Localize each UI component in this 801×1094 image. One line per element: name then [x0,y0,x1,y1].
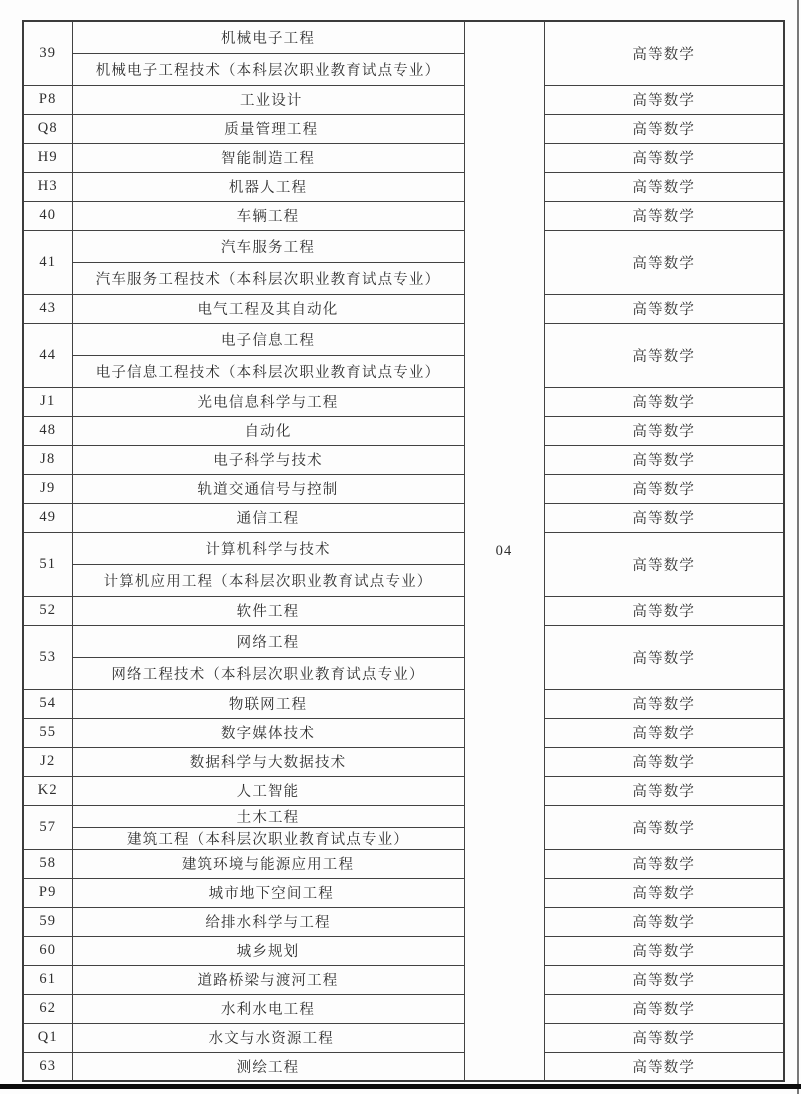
major-name-cell: 汽车服务工程技术（本科层次职业教育试点专业） [72,262,464,294]
major-code-cell: J2 [23,747,72,776]
exam-course-cell: 高等数学 [544,114,784,143]
exam-course-cell: 高等数学 [544,747,784,776]
exam-course-cell: 高等数学 [544,445,784,474]
major-name-cell: 车辆工程 [72,201,464,230]
table-row: 61道路桥梁与渡河工程高等数学 [23,965,784,994]
exam-course-cell: 高等数学 [544,994,784,1023]
major-name-cell: 人工智能 [72,776,464,805]
table-row: H3机器人工程高等数学 [23,172,784,201]
major-code-cell: 55 [23,718,72,747]
major-name-cell: 质量管理工程 [72,114,464,143]
table-row: 59给排水科学与工程高等数学 [23,907,784,936]
exam-course-cell: 高等数学 [544,474,784,503]
exam-course-cell: 高等数学 [544,323,784,387]
table-row: Q1水文与水资源工程高等数学 [23,1023,784,1052]
exam-course-cell: 高等数学 [544,1052,784,1081]
table-row: 39机械电子工程04高等数学 [23,21,784,53]
exam-course-cell: 高等数学 [544,416,784,445]
major-name-cell: 汽车服务工程 [72,230,464,262]
major-name-cell: 城市地下空间工程 [72,878,464,907]
table-row: 54物联网工程高等数学 [23,689,784,718]
page-bottom-rule [0,1084,801,1089]
major-name-cell: 计算机应用工程（本科层次职业教育试点专业） [72,564,464,596]
table-row: 53网络工程高等数学 [23,625,784,657]
major-name-cell: 建筑工程（本科层次职业教育试点专业） [72,827,464,849]
major-code-cell: 62 [23,994,72,1023]
major-name-cell: 机器人工程 [72,172,464,201]
table-row: 44电子信息工程高等数学 [23,323,784,355]
major-code-cell: 57 [23,805,72,849]
major-name-cell: 测绘工程 [72,1052,464,1081]
major-name-cell: 轨道交通信号与控制 [72,474,464,503]
exam-course-cell: 高等数学 [544,625,784,689]
major-name-cell: 网络工程技术（本科层次职业教育试点专业） [72,657,464,689]
exam-course-cell: 高等数学 [544,85,784,114]
subjects-table: 39机械电子工程04高等数学机械电子工程技术（本科层次职业教育试点专业）P8工业… [22,20,785,1082]
major-code-cell: Q1 [23,1023,72,1052]
major-code-cell: 61 [23,965,72,994]
major-name-cell: 给排水科学与工程 [72,907,464,936]
major-code-cell: P9 [23,878,72,907]
major-code-cell: 58 [23,849,72,878]
major-code-cell: 43 [23,294,72,323]
document-page: 39机械电子工程04高等数学机械电子工程技术（本科层次职业教育试点专业）P8工业… [0,0,801,1094]
table-row: 55数字媒体技术高等数学 [23,718,784,747]
table-row: 41汽车服务工程高等数学 [23,230,784,262]
major-code-cell: 60 [23,936,72,965]
major-code-cell: 48 [23,416,72,445]
table-row: P8工业设计高等数学 [23,85,784,114]
exam-course-cell: 高等数学 [544,878,784,907]
table-row: J9轨道交通信号与控制高等数学 [23,474,784,503]
major-name-cell: 土木工程 [72,805,464,827]
major-code-cell: P8 [23,85,72,114]
table-row: 60城乡规划高等数学 [23,936,784,965]
table-row: 63测绘工程高等数学 [23,1052,784,1081]
major-code-cell: 41 [23,230,72,294]
exam-course-cell: 高等数学 [544,503,784,532]
major-name-cell: 软件工程 [72,596,464,625]
exam-course-cell: 高等数学 [544,907,784,936]
major-name-cell: 智能制造工程 [72,143,464,172]
major-code-cell: H3 [23,172,72,201]
major-code-cell: J1 [23,387,72,416]
table-row: 51计算机科学与技术高等数学 [23,532,784,564]
table-row: J1光电信息科学与工程高等数学 [23,387,784,416]
major-name-cell: 数字媒体技术 [72,718,464,747]
major-code-cell: 53 [23,625,72,689]
major-name-cell: 自动化 [72,416,464,445]
major-code-cell: J8 [23,445,72,474]
major-name-cell: 通信工程 [72,503,464,532]
major-code-cell: 44 [23,323,72,387]
table-row: P9城市地下空间工程高等数学 [23,878,784,907]
exam-course-cell: 高等数学 [544,294,784,323]
exam-course-cell: 高等数学 [544,718,784,747]
major-name-cell: 道路桥梁与渡河工程 [72,965,464,994]
major-name-cell: 建筑环境与能源应用工程 [72,849,464,878]
major-code-cell: 52 [23,596,72,625]
major-code-cell: Q8 [23,114,72,143]
exam-course-cell: 高等数学 [544,21,784,85]
exam-course-cell: 高等数学 [544,143,784,172]
table-row: H9智能制造工程高等数学 [23,143,784,172]
page-right-border [797,0,799,1094]
table-row: K2人工智能高等数学 [23,776,784,805]
major-name-cell: 计算机科学与技术 [72,532,464,564]
table-row: 43电气工程及其自动化高等数学 [23,294,784,323]
major-code-cell: 49 [23,503,72,532]
exam-course-cell: 高等数学 [544,805,784,849]
exam-course-cell: 高等数学 [544,596,784,625]
table-row: 40车辆工程高等数学 [23,201,784,230]
exam-course-cell: 高等数学 [544,776,784,805]
major-name-cell: 电子信息工程 [72,323,464,355]
table-row: 49通信工程高等数学 [23,503,784,532]
exam-course-cell: 高等数学 [544,201,784,230]
major-name-cell: 光电信息科学与工程 [72,387,464,416]
major-code-cell: 39 [23,21,72,85]
major-name-cell: 城乡规划 [72,936,464,965]
exam-course-cell: 高等数学 [544,230,784,294]
exam-course-cell: 高等数学 [544,1023,784,1052]
major-name-cell: 网络工程 [72,625,464,657]
exam-course-cell: 高等数学 [544,849,784,878]
exam-course-cell: 高等数学 [544,965,784,994]
exam-course-cell: 高等数学 [544,689,784,718]
major-name-cell: 水文与水资源工程 [72,1023,464,1052]
major-name-cell: 水利水电工程 [72,994,464,1023]
session-code-cell: 04 [464,21,544,1081]
table-row: J8电子科学与技术高等数学 [23,445,784,474]
table-row: Q8质量管理工程高等数学 [23,114,784,143]
table-row: 57土木工程高等数学 [23,805,784,827]
major-code-cell: H9 [23,143,72,172]
major-name-cell: 机械电子工程技术（本科层次职业教育试点专业） [72,53,464,85]
major-code-cell: 63 [23,1052,72,1081]
major-code-cell: 54 [23,689,72,718]
major-name-cell: 数据科学与大数据技术 [72,747,464,776]
major-code-cell: K2 [23,776,72,805]
table-row: 62水利水电工程高等数学 [23,994,784,1023]
exam-course-cell: 高等数学 [544,172,784,201]
major-code-cell: 59 [23,907,72,936]
exam-course-cell: 高等数学 [544,532,784,596]
major-name-cell: 机械电子工程 [72,21,464,53]
major-name-cell: 电子信息工程技术（本科层次职业教育试点专业） [72,355,464,387]
major-name-cell: 物联网工程 [72,689,464,718]
major-code-cell: 40 [23,201,72,230]
major-name-cell: 电气工程及其自动化 [72,294,464,323]
table-row: 48自动化高等数学 [23,416,784,445]
exam-course-cell: 高等数学 [544,387,784,416]
major-name-cell: 工业设计 [72,85,464,114]
table-row: 52软件工程高等数学 [23,596,784,625]
major-code-cell: 51 [23,532,72,596]
table-row: J2数据科学与大数据技术高等数学 [23,747,784,776]
major-name-cell: 电子科学与技术 [72,445,464,474]
exam-course-cell: 高等数学 [544,936,784,965]
table-row: 58建筑环境与能源应用工程高等数学 [23,849,784,878]
major-code-cell: J9 [23,474,72,503]
